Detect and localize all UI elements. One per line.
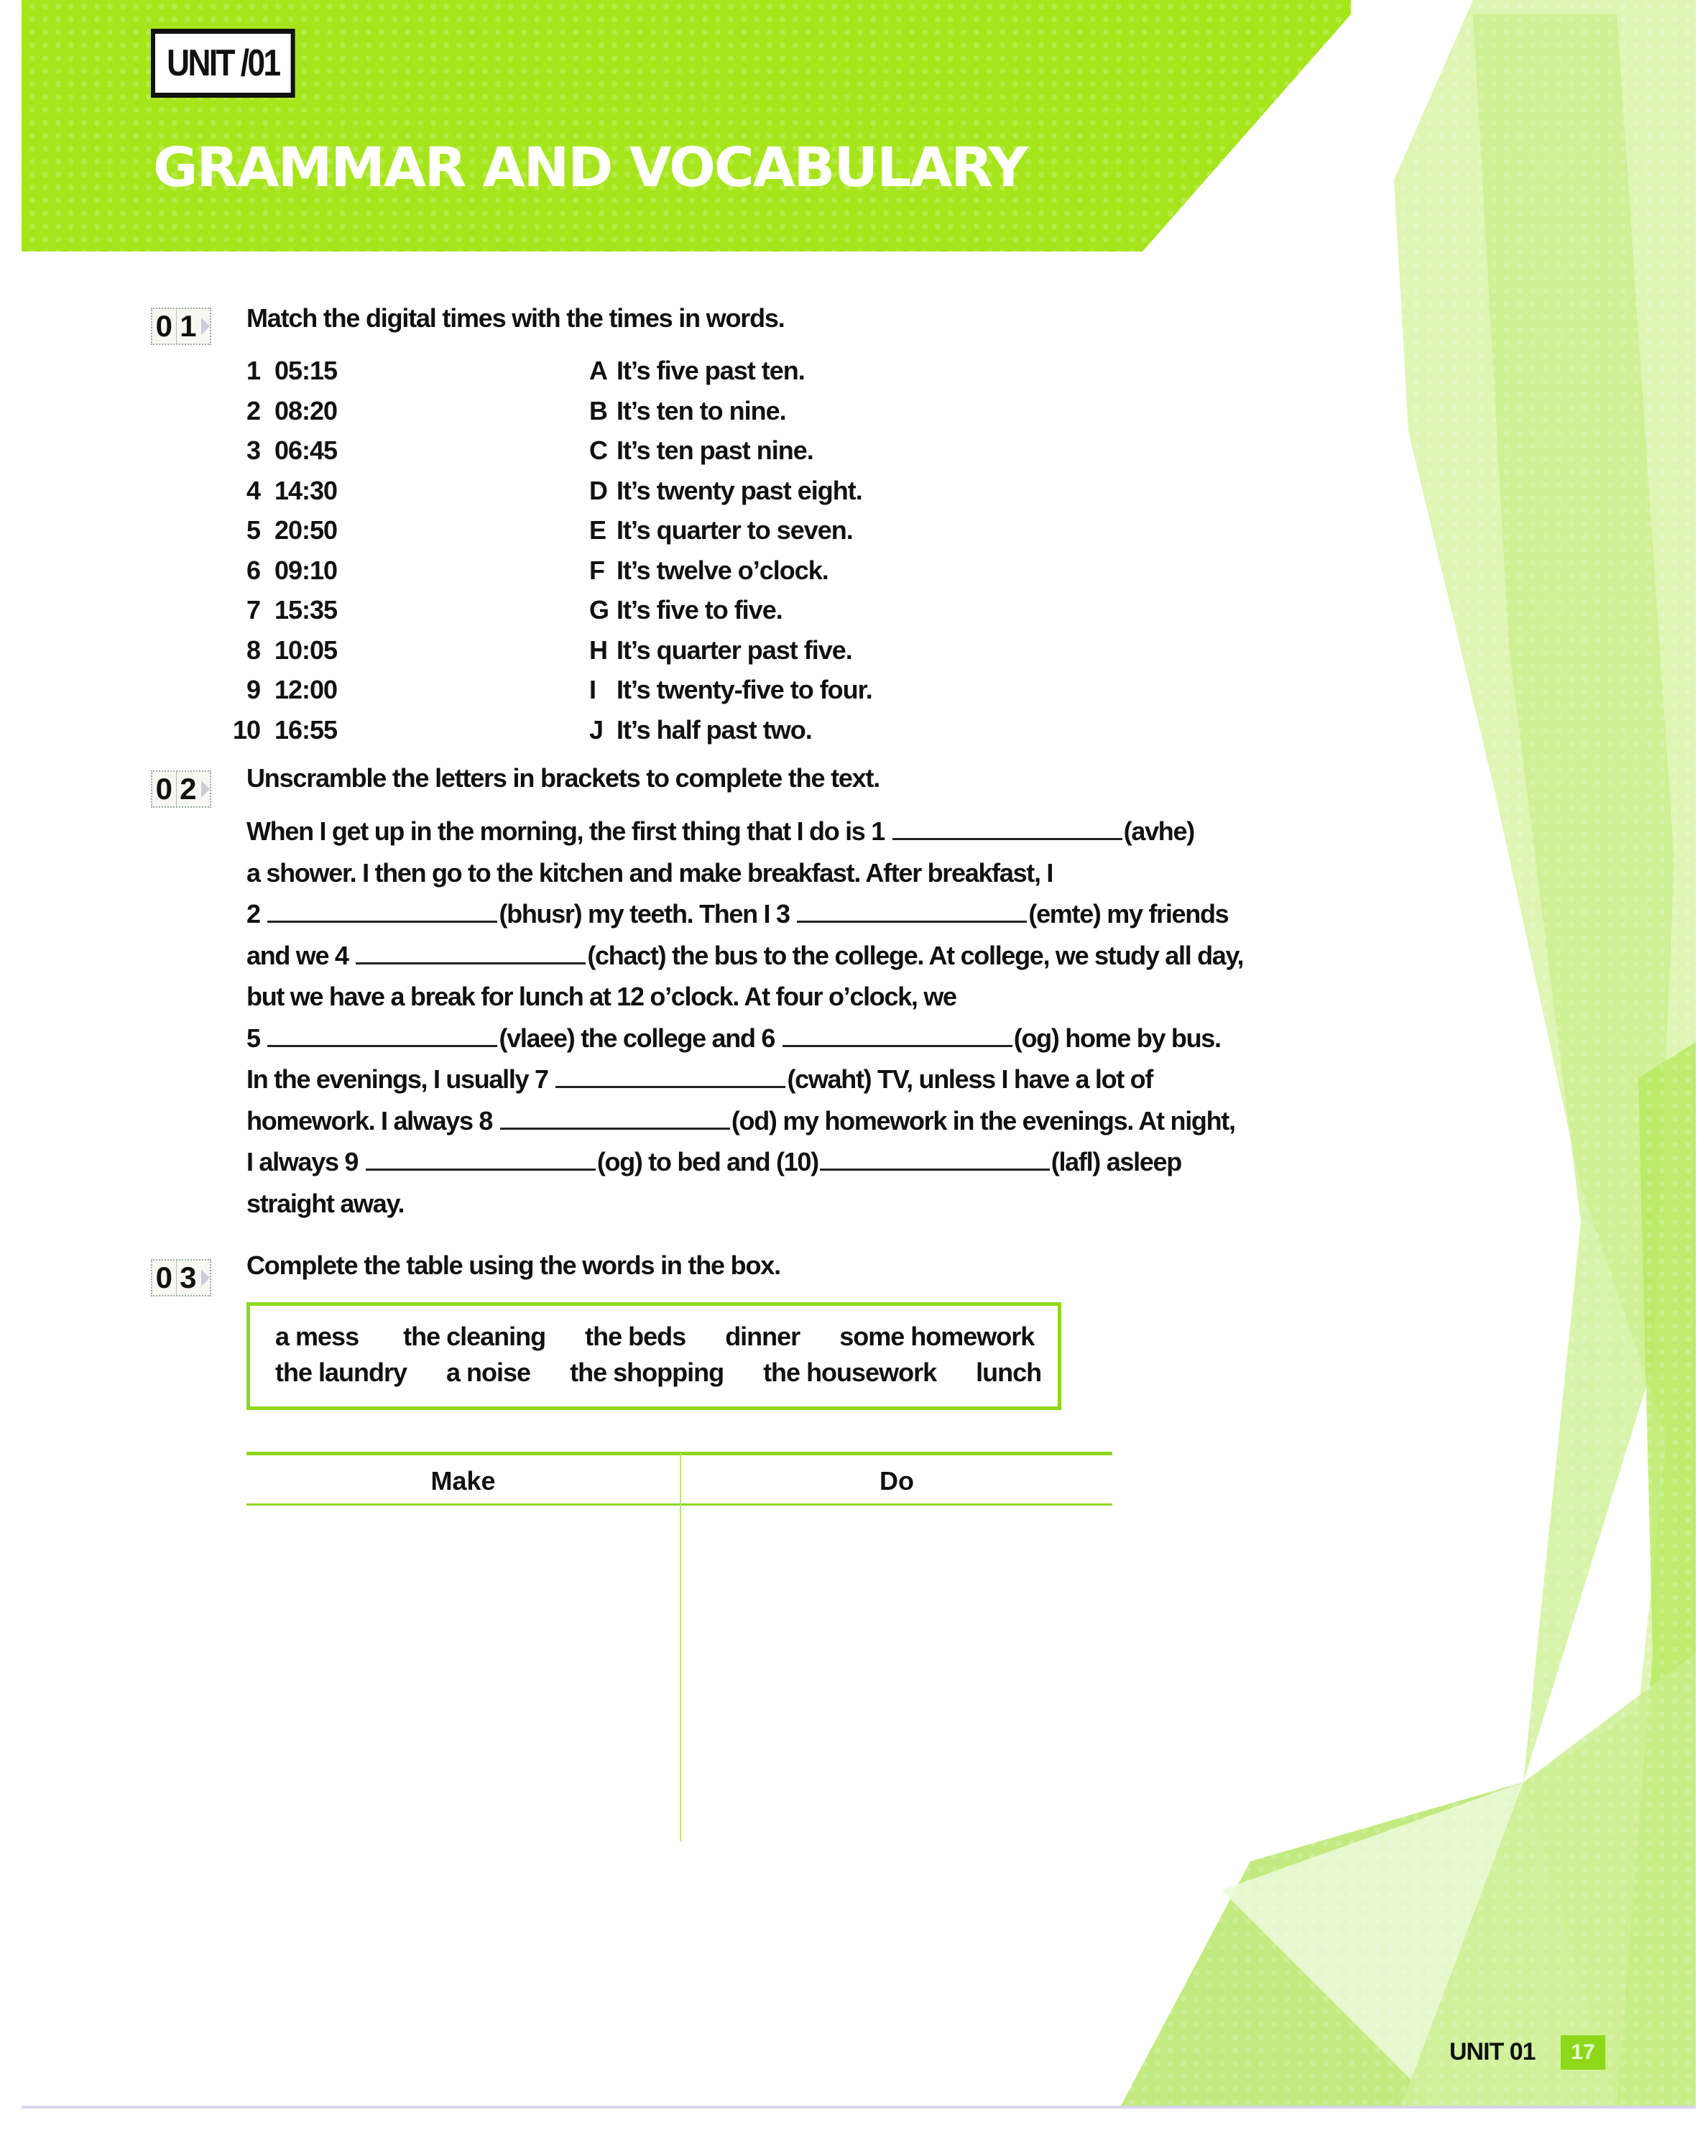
- time-in-words: It’s half past two.: [617, 710, 812, 750]
- text-segment: (emte) my friends: [1028, 899, 1228, 929]
- item-number: 2: [217, 391, 260, 430]
- word-chip: the shopping: [570, 1358, 724, 1388]
- answer-blank[interactable]: [500, 1106, 730, 1130]
- text-segment: (vlaee) the college and 6: [499, 1023, 780, 1053]
- time-in-words: It’s ten past nine.: [617, 430, 813, 470]
- text-line: 2 (bhusr) my teeth. Then I 3 (emte) my f…: [246, 893, 1267, 935]
- match-row: 306:45CIt’s ten past nine.: [0, 430, 1006, 470]
- arrow-icon: [201, 318, 210, 335]
- do-column-input-area[interactable]: [681, 1506, 1112, 1837]
- exercise-3-instruction: Complete the table using the words in th…: [246, 1250, 780, 1281]
- option-letter: E: [589, 510, 606, 550]
- word-chip: dinner: [725, 1322, 800, 1352]
- match-row: 520:50EIt’s quarter to seven.: [0, 510, 1006, 550]
- option-letter: H: [589, 630, 607, 670]
- time-in-words: It’s twelve o’clock.: [617, 550, 828, 590]
- digital-time: 20:50: [274, 510, 337, 550]
- badge-digit: 0: [152, 772, 176, 806]
- footer-unit-label: UNIT 01: [1449, 2038, 1536, 2066]
- time-in-words: It’s ten to nine.: [617, 391, 786, 430]
- option-letter: I: [589, 670, 596, 709]
- match-row: 414:30DIt’s twenty past eight.: [0, 471, 1006, 510]
- item-number: 7: [217, 590, 260, 630]
- page-title: GRAMMAR AND VOCABULARY: [153, 135, 1027, 199]
- item-number: 8: [217, 630, 260, 670]
- arrow-icon: [201, 780, 210, 798]
- text-segment: (og) to bed and (10): [597, 1147, 818, 1176]
- text-line: I always 9 (og) to bed and (10)(lafl) as…: [246, 1141, 1267, 1183]
- text-segment: and we 4: [246, 941, 354, 970]
- text-segment: straight away.: [246, 1189, 404, 1218]
- match-row: 1016:55JIt’s half past two.: [0, 710, 1006, 750]
- answer-blank[interactable]: [820, 1147, 1050, 1171]
- word-chip: the cleaning: [403, 1322, 545, 1352]
- word-chip: lunch: [976, 1358, 1041, 1388]
- unit-label: UNIT /01: [151, 29, 295, 98]
- badge-digit: 1: [176, 309, 200, 344]
- text-segment: (od) my homework in the evenings. At nig…: [731, 1106, 1235, 1135]
- text-segment: (cwaht) TV, unless I have a lot of: [787, 1064, 1153, 1094]
- time-in-words: It’s five past ten.: [617, 351, 805, 390]
- answer-blank[interactable]: [555, 1064, 785, 1088]
- table-header-make: Make: [246, 1466, 680, 1496]
- option-letter: B: [589, 391, 607, 430]
- word-box-row: a messthe cleaningthe bedsdinnersome hom…: [275, 1322, 1034, 1352]
- text-segment: (bhusr) my teeth. Then I 3: [499, 899, 795, 929]
- word-box-row: the laundrya noisethe shoppingthe housew…: [275, 1358, 1041, 1388]
- option-letter: D: [589, 471, 607, 510]
- text-line: In the evenings, I usually 7 (cwaht) TV,…: [246, 1059, 1267, 1100]
- time-in-words: It’s quarter to seven.: [617, 510, 853, 550]
- badge-digit: 0: [152, 309, 176, 344]
- item-number: 10: [217, 710, 260, 750]
- digital-time: 12:00: [274, 670, 337, 709]
- text-line: When I get up in the morning, the first …: [246, 811, 1267, 852]
- word-chip: some homework: [839, 1322, 1034, 1352]
- badge-digit: 3: [176, 1261, 200, 1295]
- text-segment: but we have a break for lunch at 12 o’cl…: [246, 982, 956, 1011]
- item-number: 9: [217, 670, 260, 709]
- text-segment: I always 9: [246, 1147, 364, 1176]
- answer-blank[interactable]: [356, 941, 586, 964]
- word-chip: the laundry: [275, 1358, 407, 1388]
- exercise-1-instruction: Match the digital times with the times i…: [246, 303, 785, 333]
- text-line: 5 (vlaee) the college and 6 (og) home by…: [246, 1018, 1267, 1059]
- text-segment: (og) home by bus.: [1014, 1023, 1221, 1053]
- text-segment: homework. I always 8: [246, 1106, 499, 1135]
- badge-digit: 2: [176, 772, 200, 806]
- exercise-2-text: When I get up in the morning, the first …: [246, 811, 1267, 1224]
- answer-blank[interactable]: [783, 1023, 1012, 1047]
- digital-time: 14:30: [274, 471, 337, 510]
- text-line: homework. I always 8 (od) my homework in…: [246, 1100, 1267, 1142]
- text-segment: 2: [246, 899, 266, 929]
- word-chip: a noise: [446, 1358, 530, 1388]
- match-row: 810:05HIt’s quarter past five.: [0, 630, 1006, 670]
- item-number: 3: [217, 430, 260, 470]
- text-segment: When I get up in the morning, the first …: [246, 816, 891, 846]
- text-segment: 5: [246, 1023, 266, 1053]
- text-line: a shower. I then go to the kitchen and m…: [246, 852, 1267, 894]
- match-row: 912:00IIt’s twenty-five to four.: [0, 670, 1006, 709]
- option-letter: A: [589, 351, 607, 390]
- digital-time: 10:05: [274, 630, 337, 670]
- word-chip: a mess: [275, 1322, 359, 1352]
- digital-time: 09:10: [274, 550, 337, 590]
- option-letter: F: [589, 550, 604, 590]
- option-letter: C: [589, 430, 607, 470]
- word-box: a messthe cleaningthe bedsdinnersome hom…: [246, 1302, 1061, 1410]
- digital-time: 16:55: [274, 710, 337, 750]
- text-segment: (lafl) asleep: [1051, 1147, 1181, 1176]
- word-chip: the housework: [763, 1358, 936, 1388]
- option-letter: G: [589, 590, 609, 630]
- match-row: 105:15AIt’s five past ten.: [0, 351, 1006, 390]
- option-letter: J: [589, 710, 603, 750]
- digital-time: 15:35: [274, 590, 337, 630]
- text-segment: (avhe): [1124, 816, 1194, 846]
- time-in-words: It’s five to five.: [617, 590, 783, 630]
- answer-blank[interactable]: [366, 1147, 596, 1171]
- text-line: and we 4 (chact) the bus to the college.…: [246, 935, 1267, 977]
- arrow-icon: [201, 1269, 210, 1286]
- table-header-do: Do: [681, 1466, 1112, 1496]
- text-segment: In the evenings, I usually 7: [246, 1064, 554, 1094]
- answer-blank[interactable]: [267, 899, 497, 923]
- match-row: 715:35GIt’s five to five.: [0, 590, 1006, 630]
- item-number: 4: [217, 471, 260, 510]
- badge-digit: 0: [152, 1261, 176, 1295]
- exercise-2-badge: 02: [151, 770, 211, 808]
- answer-blank[interactable]: [797, 899, 1027, 923]
- exercise-1-badge: 01: [151, 308, 211, 345]
- answer-blank[interactable]: [267, 1023, 497, 1047]
- time-in-words: It’s quarter past five.: [617, 630, 852, 670]
- text-line: but we have a break for lunch at 12 o’cl…: [246, 976, 1267, 1018]
- exercise-3-badge: 03: [151, 1259, 211, 1296]
- make-column-input-area[interactable]: [246, 1506, 680, 1837]
- word-chip: the beds: [585, 1322, 685, 1352]
- exercise-2-instruction: Unscramble the letters in brackets to co…: [246, 763, 880, 793]
- text-line: straight away.: [246, 1183, 1267, 1225]
- item-number: 6: [217, 550, 260, 590]
- digital-time: 06:45: [274, 430, 337, 470]
- item-number: 5: [217, 510, 260, 550]
- time-in-words: It’s twenty-five to four.: [617, 670, 872, 709]
- time-in-words: It’s twenty past eight.: [617, 471, 862, 510]
- match-row: 208:20BIt’s ten to nine.: [0, 391, 1006, 430]
- text-segment: a shower. I then go to the kitchen and m…: [246, 858, 1053, 888]
- page-number: 17: [1561, 2035, 1605, 2070]
- text-segment: (chact) the bus to the college. At colle…: [587, 941, 1243, 970]
- match-row: 609:10FIt’s twelve o’clock.: [0, 550, 1006, 590]
- item-number: 1: [217, 351, 260, 390]
- answer-blank[interactable]: [892, 816, 1122, 840]
- digital-time: 08:20: [274, 391, 337, 430]
- digital-time: 05:15: [274, 351, 337, 390]
